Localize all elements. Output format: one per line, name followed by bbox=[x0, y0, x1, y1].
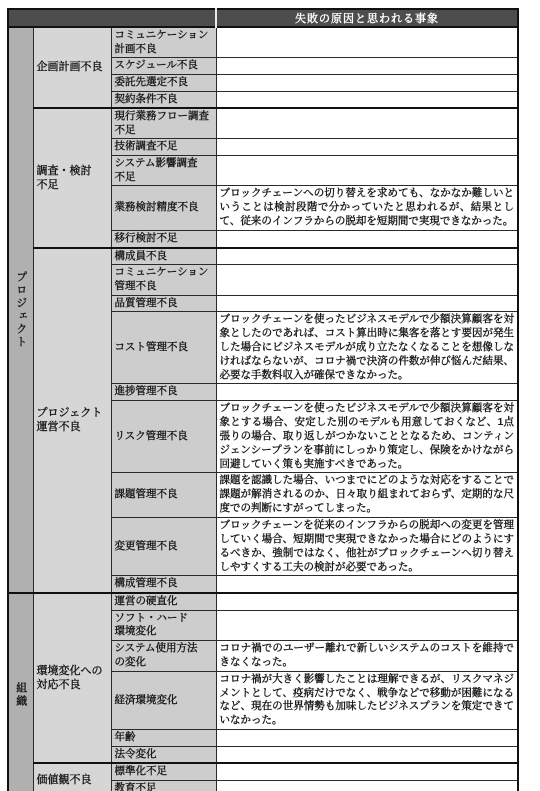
item-cell: 委託先選定不良 bbox=[111, 74, 216, 91]
cause-cell bbox=[216, 781, 518, 791]
table-row: 価値観不良標準化不足 bbox=[8, 763, 518, 780]
cause-cell bbox=[216, 74, 518, 91]
failure-causes-table: 失敗の原因と思われる事象 プロジェクト企画計画不良コミュニケーション 計画不良ス… bbox=[7, 8, 519, 791]
cause-cell bbox=[216, 27, 518, 58]
cause-cell: コロナ禍が大きく影響したことは理解できるが、リスクマネジメントとして、疫病だけで… bbox=[216, 671, 518, 729]
cause-cell: ブロックチェーンへの切り替えを求めても、なかなか難しいということは検討段階で分か… bbox=[216, 186, 518, 231]
item-cell: コミュニケーション 管理不良 bbox=[111, 265, 216, 295]
category-cell: 企画計画不良 bbox=[33, 27, 111, 108]
group-cell: プロジェクト bbox=[8, 27, 33, 593]
table-row: プロジェクト企画計画不良コミュニケーション 計画不良 bbox=[8, 27, 518, 58]
cause-cell: 課題を認識した場合、いつまでにどのような対応をすることで課題が解消されるのか、日… bbox=[216, 473, 518, 518]
table-row: プロジェクト 運営不良構成員不良 bbox=[8, 248, 518, 265]
cause-cell bbox=[216, 58, 518, 75]
item-cell: 契約条件不良 bbox=[111, 91, 216, 108]
item-cell: 業務検討精度不良 bbox=[111, 186, 216, 231]
item-cell: 進捗管理不良 bbox=[111, 384, 216, 401]
item-cell: 構成管理不良 bbox=[111, 576, 216, 593]
cause-cell: ブロックチェーンを使ったビジネスモデルで少額決算顧客を対象とする場合、安定した別… bbox=[216, 401, 518, 473]
cause-cell: ブロックチェーンを従来のインフラからの脱却への変更を管理していく場合、短期間で実… bbox=[216, 518, 518, 576]
cause-cell bbox=[216, 576, 518, 593]
category-cell: プロジェクト 運営不良 bbox=[33, 248, 111, 593]
cause-cell bbox=[216, 593, 518, 610]
item-cell: 運営の硬直化 bbox=[111, 593, 216, 610]
cause-cell bbox=[216, 610, 518, 640]
item-cell: ソフト・ハード 環境変化 bbox=[111, 610, 216, 640]
cause-cell bbox=[216, 248, 518, 265]
category-cell: 環境変化への 対応不良 bbox=[33, 593, 111, 763]
item-cell: 移行検討不足 bbox=[111, 230, 216, 247]
item-cell: 経済環境変化 bbox=[111, 671, 216, 729]
cause-cell bbox=[216, 108, 518, 139]
item-cell: 変更管理不良 bbox=[111, 518, 216, 576]
document-page: 失敗の原因と思われる事象 プロジェクト企画計画不良コミュニケーション 計画不良ス… bbox=[0, 0, 540, 791]
table-row: 調査・検討 不足現行業務フロー調査 不足 bbox=[8, 108, 518, 139]
group-cell: 組織 bbox=[8, 593, 33, 791]
table-header-row: 失敗の原因と思われる事象 bbox=[8, 9, 518, 27]
item-cell: 現行業務フロー調査 不足 bbox=[111, 108, 216, 139]
cause-cell bbox=[216, 746, 518, 763]
cause-cell: ブロックチェーンを使ったビジネスモデルで少額決算顧客を対象としたのであれば、コス… bbox=[216, 312, 518, 384]
table-row: 組織環境変化への 対応不良運営の硬直化 bbox=[8, 593, 518, 610]
item-cell: 構成員不良 bbox=[111, 248, 216, 265]
cause-cell bbox=[216, 763, 518, 780]
item-cell: 技術調査不足 bbox=[111, 139, 216, 156]
failure-table-body: プロジェクト企画計画不良コミュニケーション 計画不良スケジュール不良委託先選定不… bbox=[8, 27, 518, 791]
item-cell: スケジュール不良 bbox=[111, 58, 216, 75]
item-cell: 標準化不足 bbox=[111, 763, 216, 780]
cause-cell: コロナ禍でのユーザー離れで新しいシステムのコストを維持できなくなった。 bbox=[216, 641, 518, 672]
item-cell: 法令変化 bbox=[111, 746, 216, 763]
cause-cell bbox=[216, 265, 518, 295]
cause-cell bbox=[216, 230, 518, 247]
category-cell: 価値観不良 bbox=[33, 763, 111, 791]
cause-cell bbox=[216, 384, 518, 401]
item-cell: 教育不足 bbox=[111, 781, 216, 791]
item-cell: リスク管理不良 bbox=[111, 401, 216, 473]
item-cell: システム使用方法 の変化 bbox=[111, 641, 216, 672]
cause-cell bbox=[216, 730, 518, 747]
cause-cell bbox=[216, 295, 518, 312]
item-cell: 年齢 bbox=[111, 730, 216, 747]
cause-cell bbox=[216, 139, 518, 156]
item-cell: 品質管理不良 bbox=[111, 295, 216, 312]
header-cell-left bbox=[8, 9, 216, 27]
cause-cell bbox=[216, 91, 518, 108]
item-cell: 課題管理不良 bbox=[111, 473, 216, 518]
cause-cell bbox=[216, 156, 518, 186]
category-cell: 調査・検討 不足 bbox=[33, 108, 111, 247]
item-cell: コミュニケーション 計画不良 bbox=[111, 27, 216, 58]
header-cell-causes: 失敗の原因と思われる事象 bbox=[216, 9, 518, 27]
item-cell: コスト管理不良 bbox=[111, 312, 216, 384]
item-cell: システム影響調査 不足 bbox=[111, 156, 216, 186]
